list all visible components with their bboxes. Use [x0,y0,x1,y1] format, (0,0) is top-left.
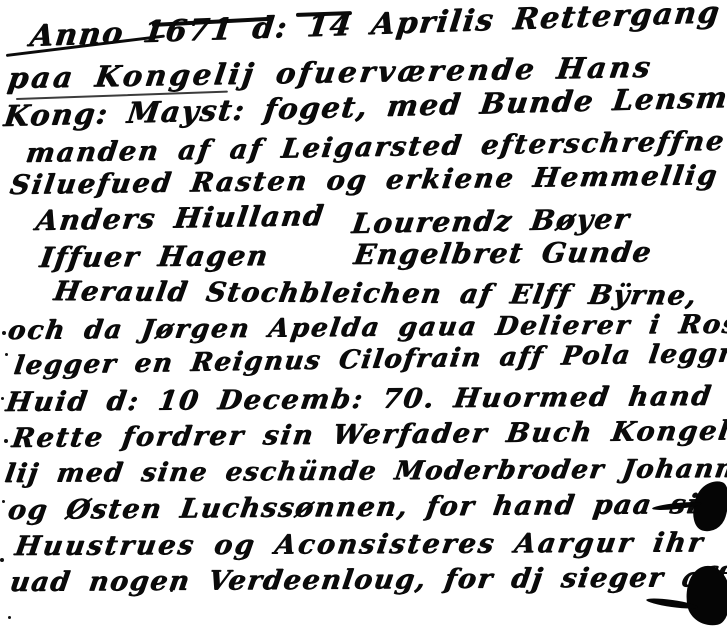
scan-speck [532,472,535,475]
line-14: og Østen Luchssønnen, for hand paa sin [6,491,722,524]
scan-speck [1,397,4,400]
scan-speck [2,331,6,335]
line-12: Rette fordrer sin Werfader Buch Kongel [10,417,727,452]
line-11: Huid d: 10 Decemb: 70. Huormed hand i [4,383,727,416]
line-13: lij med sine eschünde Moderbroder Johann… [3,456,727,487]
scan-speck [0,558,4,562]
line-9: och da Jørgen Apelda gaua Delierer i Ros… [6,311,727,344]
line-8: Herauld Stochbleichen af Elff Bÿrne, [52,278,700,309]
line-date-heading: Anno 1671 d: 14 Aprilis Rettergang [28,0,722,52]
scan-speck [5,353,8,356]
line-15: Huustrues og Aconsisteres Aargur ihr [13,529,707,560]
scan-speck [2,500,5,503]
name-left-2: Iffuer Hagen [38,242,271,272]
line-5: Siluefued Rasten og erkiene Hemmellig [8,162,720,199]
scan-speck [4,439,8,443]
line-16: uad nogen Verdeenloug, for dj sieger aff [8,564,727,596]
name-left-1: Anders Hiulland [34,202,326,235]
scan-speck [8,616,11,619]
scan-speck [170,589,173,592]
manuscript-page: Anno 1671 d: 14 Aprilis Rettergang paa K… [0,0,727,626]
name-right-1: Lourendz Bøyer [350,205,632,238]
line-10: legger en Reignus Cilofrain aff Pola leg… [12,340,727,379]
name-right-2: Engelbret Gunde [352,238,654,269]
